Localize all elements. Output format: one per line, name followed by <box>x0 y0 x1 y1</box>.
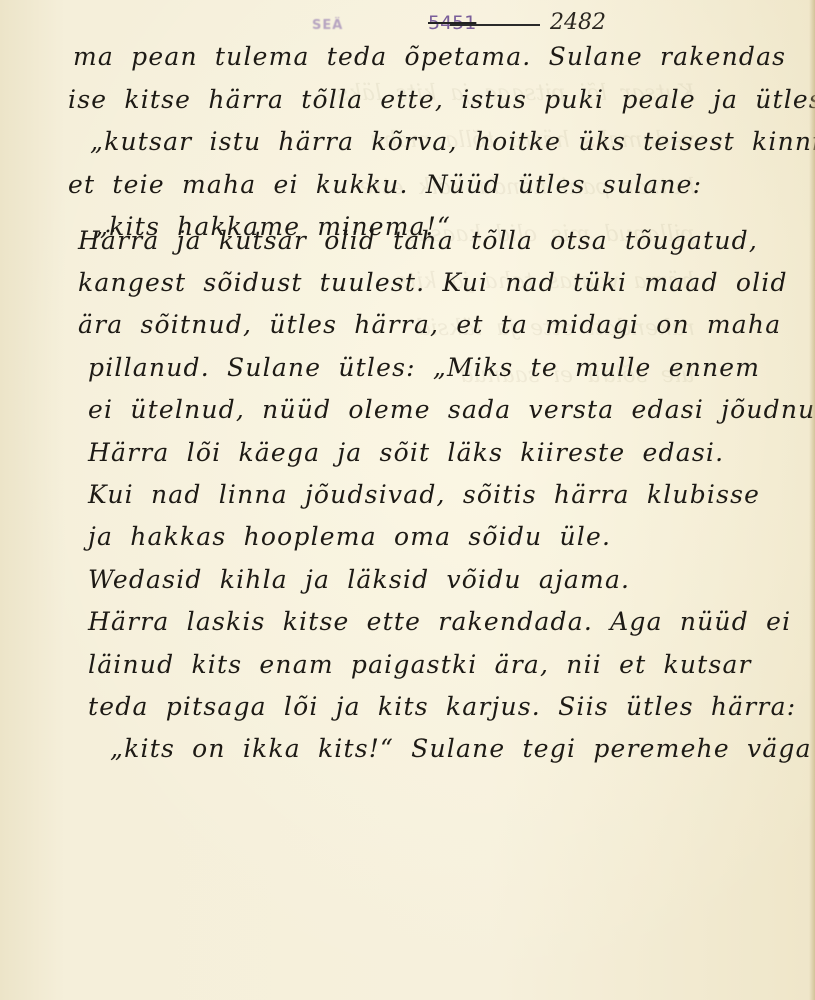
old-archive-number: 5451 <box>428 12 476 34</box>
text-line: Härra laskis kitse ette rakendada. Aga n… <box>88 607 791 636</box>
text-line: Härra lõi käega ja sõit läks kiireste ed… <box>88 438 724 467</box>
text-line: ei ütelnud, nüüd oleme sada versta edasi… <box>88 395 815 424</box>
text-line: Wedasid kihla ja läksid võidu ajama. <box>88 565 630 594</box>
archive-stamp: SEÄ <box>312 18 343 33</box>
manuscript-page: Kutsar lõi pitsaga ja kits läks vedamaks… <box>0 0 815 1000</box>
text-line: ma pean tulema teda õpetama. Sulane rake… <box>73 42 786 71</box>
text-line: „kutsar istu härra kõrva, hoitke üks tei… <box>90 127 815 156</box>
strike-through-line <box>450 24 540 26</box>
text-line: läinud kits enam paigastki ära, nii et k… <box>88 650 752 679</box>
text-line: ise kitse härra tõlla ette, istus puki p… <box>68 85 815 114</box>
text-line: „kits on ikka kits!“ Sulane tegi peremeh… <box>110 734 815 763</box>
text-line: et teie maha ei kukku. Nüüd ütles sulane… <box>68 170 702 199</box>
archive-number: 2482 <box>550 10 606 35</box>
text-line: ja hakkas hooplema oma sõidu üle. <box>88 522 611 551</box>
text-line: kangest sõidust tuulest. Kui nad tüki ma… <box>78 268 788 297</box>
text-line: ära sõitnud, ütles härra, et ta midagi o… <box>78 310 781 339</box>
text-line: Härra ja kutsar olid taha tõlla otsa tõu… <box>78 226 758 255</box>
text-line: Kui nad linna jõudsivad, sõitis härra kl… <box>88 480 760 509</box>
text-line: teda pitsaga lõi ja kits karjus. Siis üt… <box>88 692 796 721</box>
text-line: pillanud. Sulane ütles: „Miks te mulle e… <box>88 353 760 382</box>
archive-numbers: SEÄ 5451 2482 <box>300 8 620 38</box>
